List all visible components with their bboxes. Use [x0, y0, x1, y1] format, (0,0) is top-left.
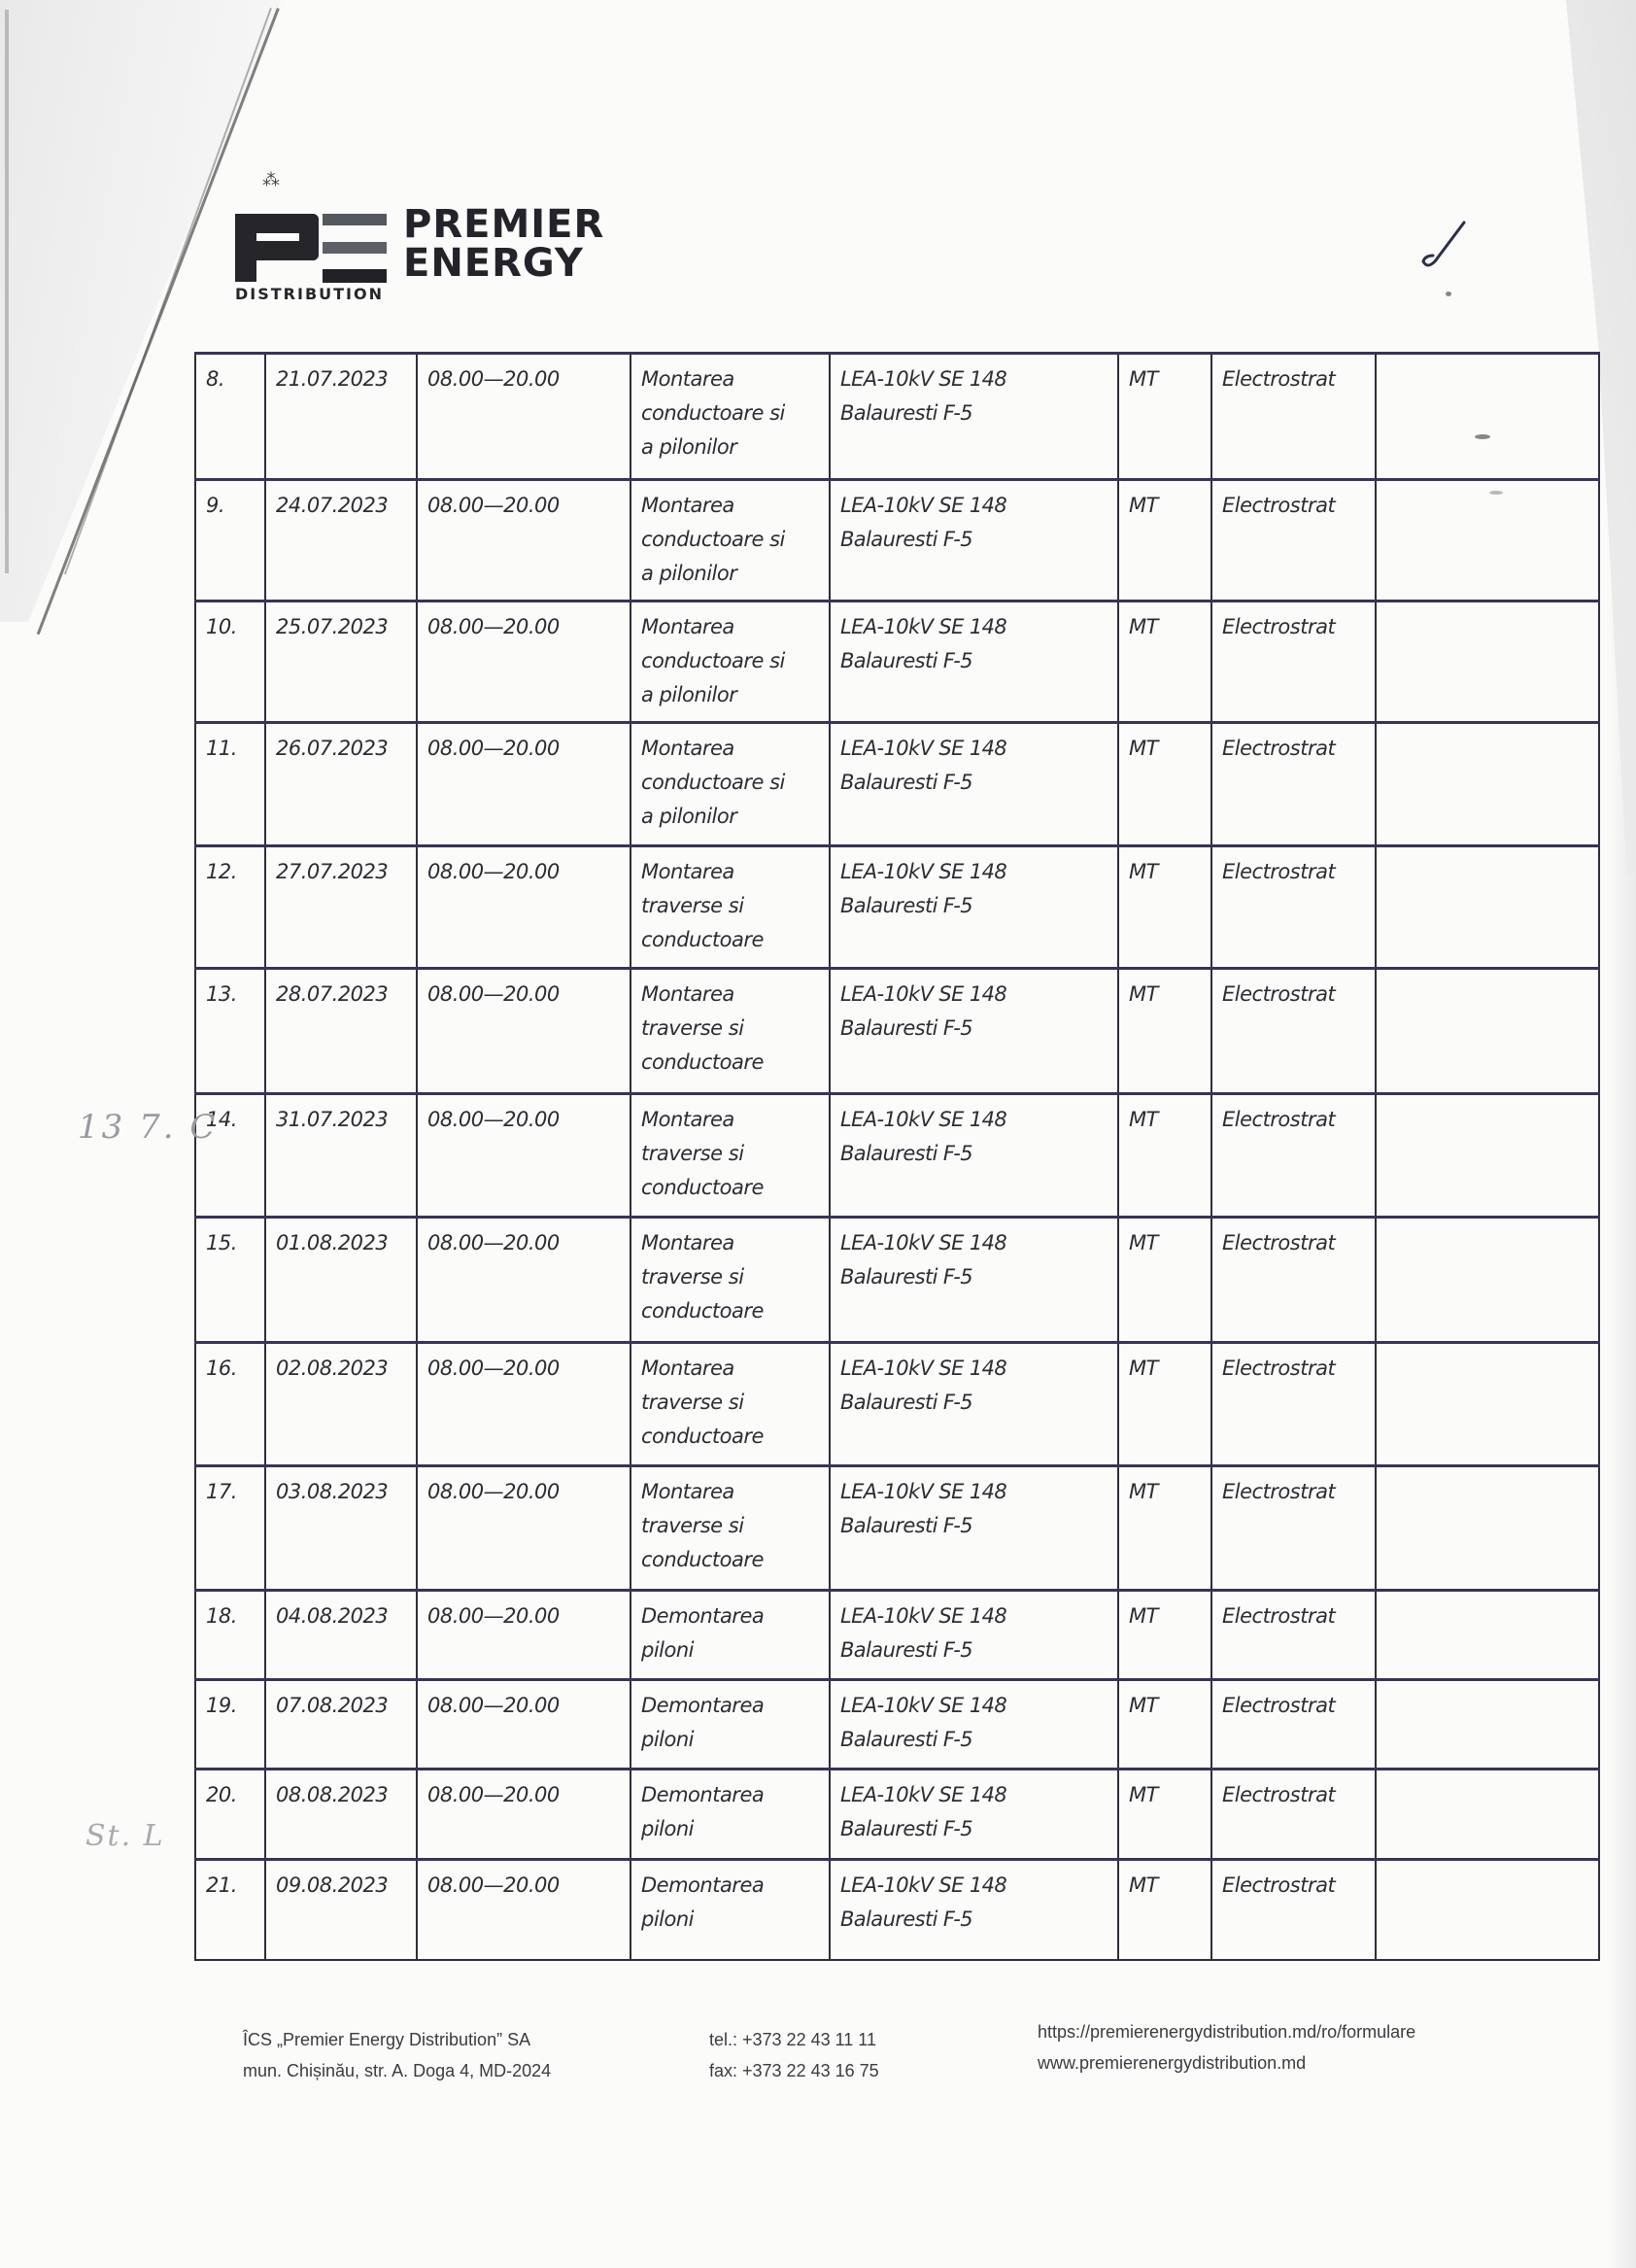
cell-work-description: Montarea conductoare si a pilonilor: [631, 723, 830, 846]
cell-executor: Electrostrat: [1211, 601, 1376, 723]
footer-links-block: https://premierenergydistribution.md/ro/…: [1038, 2016, 1415, 2079]
cell-work-description: Montarea conductoare si a pilonilor: [631, 601, 830, 723]
cell-object: LEA-10kV SE 148 Balauresti F-5: [830, 1860, 1118, 1960]
cell-object: LEA-10kV SE 148 Balauresti F-5: [830, 1770, 1118, 1860]
cell-work-description: Montarea conductoare si a pilonilor: [631, 480, 830, 601]
cell-executor: Electrostrat: [1211, 1094, 1376, 1218]
cell-note: [1376, 1680, 1599, 1770]
cell-number: 21.: [195, 1860, 265, 1960]
cell-number: 10.: [195, 601, 265, 723]
cell-object: LEA-10kV SE 148 Balauresti F-5: [830, 601, 1118, 723]
cell-object: LEA-10kV SE 148 Balauresti F-5: [830, 723, 1118, 846]
cell-time-interval: 08.00—20.00: [417, 1770, 631, 1860]
cell-voltage-type: MT: [1118, 1680, 1211, 1770]
cell-work-description: Montarea traverse si conductoare: [631, 1466, 830, 1591]
cell-executor: Electrostrat: [1211, 723, 1376, 846]
cell-work-description: Demontarea piloni: [631, 1591, 830, 1680]
cell-executor: Electrostrat: [1211, 846, 1376, 969]
handwritten-margin-note: St. L: [85, 1819, 165, 1853]
logo-subtitle: DISTRIBUTION: [235, 285, 384, 303]
company-logo: PREMIER ENERGY DISTRIBUTION: [233, 199, 641, 306]
cell-date: 01.08.2023: [265, 1218, 417, 1343]
table-row: 15. 01.08.2023 08.00—20.00 Montarea trav…: [195, 1218, 1599, 1343]
table-row: 13. 28.07.2023 08.00—20.00 Montarea trav…: [195, 969, 1599, 1094]
table-row: 12. 27.07.2023 08.00—20.00 Montarea trav…: [195, 846, 1599, 969]
cell-number: 11.: [195, 723, 265, 846]
cell-note: [1376, 1094, 1599, 1218]
cell-note: [1376, 1466, 1599, 1591]
cell-voltage-type: MT: [1118, 1466, 1211, 1591]
table-row: 20. 08.08.2023 08.00—20.00 Demontarea pi…: [195, 1770, 1599, 1860]
cell-time-interval: 08.00—20.00: [417, 1680, 631, 1770]
cell-voltage-type: MT: [1118, 601, 1211, 723]
cell-number: 18.: [195, 1591, 265, 1680]
cell-time-interval: 08.00—20.00: [417, 1218, 631, 1343]
cell-date: 24.07.2023: [265, 480, 417, 601]
cell-executor: Electrostrat: [1211, 1591, 1376, 1680]
cell-voltage-type: MT: [1118, 1860, 1211, 1960]
handwritten-check-icon: [1414, 219, 1472, 277]
table-row: 18. 04.08.2023 08.00—20.00 Demontarea pi…: [195, 1591, 1599, 1680]
cell-date: 21.07.2023: [265, 354, 417, 480]
cell-time-interval: 08.00—20.00: [417, 846, 631, 969]
cell-date: 27.07.2023: [265, 846, 417, 969]
cell-voltage-type: MT: [1118, 969, 1211, 1094]
cell-number: 17.: [195, 1466, 265, 1591]
cell-time-interval: 08.00—20.00: [417, 1094, 631, 1218]
footer-forms-link[interactable]: https://premierenergydistribution.md/ro/…: [1038, 2016, 1415, 2047]
cell-note: [1376, 601, 1599, 723]
cell-time-interval: 08.00—20.00: [417, 1466, 631, 1591]
cell-date: 28.07.2023: [265, 969, 417, 1094]
cell-object: LEA-10kV SE 148 Balauresti F-5: [830, 1680, 1118, 1770]
cell-note: [1376, 969, 1599, 1094]
cell-voltage-type: MT: [1118, 1770, 1211, 1860]
cell-executor: Electrostrat: [1211, 969, 1376, 1094]
cell-time-interval: 08.00—20.00: [417, 969, 631, 1094]
footer-address: mun. Chișinău, str. A. Doga 4, MD-2024: [243, 2055, 551, 2086]
cell-date: 03.08.2023: [265, 1466, 417, 1591]
page-edge: [5, 10, 9, 573]
cell-executor: Electrostrat: [1211, 1860, 1376, 1960]
cell-voltage-type: MT: [1118, 1591, 1211, 1680]
cell-executor: Electrostrat: [1211, 1680, 1376, 1770]
cell-number: 13.: [195, 969, 265, 1094]
cell-note: [1376, 1770, 1599, 1860]
cell-object: LEA-10kV SE 148 Balauresti F-5: [830, 846, 1118, 969]
cell-date: 04.08.2023: [265, 1591, 417, 1680]
cell-work-description: Montarea traverse si conductoare: [631, 846, 830, 969]
cell-executor: Electrostrat: [1211, 1218, 1376, 1343]
cell-date: 02.08.2023: [265, 1343, 417, 1466]
cell-work-description: Demontarea piloni: [631, 1860, 830, 1960]
cell-date: 08.08.2023: [265, 1770, 417, 1860]
cell-number: 15.: [195, 1218, 265, 1343]
footer-contact-block: tel.: +373 22 43 11 11 fax: +373 22 43 1…: [709, 2024, 879, 2086]
cell-number: 9.: [195, 480, 265, 601]
cell-work-description: Demontarea piloni: [631, 1680, 830, 1770]
cell-executor: Electrostrat: [1211, 1466, 1376, 1591]
cell-number: 8.: [195, 354, 265, 480]
scan-speck: [1446, 292, 1451, 296]
table-row: 9. 24.07.2023 08.00—20.00 Montarea condu…: [195, 480, 1599, 601]
footer-company-name: ÎCS „Premier Energy Distribution” SA: [243, 2024, 551, 2055]
cell-work-description: Montarea traverse si conductoare: [631, 1094, 830, 1218]
cell-note: [1376, 480, 1599, 601]
cell-time-interval: 08.00—20.00: [417, 354, 631, 480]
cell-number: 16.: [195, 1343, 265, 1466]
cell-object: LEA-10kV SE 148 Balauresti F-5: [830, 354, 1118, 480]
cell-object: LEA-10kV SE 148 Balauresti F-5: [830, 1218, 1118, 1343]
cell-number: 20.: [195, 1770, 265, 1860]
cell-date: 25.07.2023: [265, 601, 417, 723]
footer-website-link[interactable]: www.premierenergydistribution.md: [1038, 2047, 1415, 2079]
cell-number: 12.: [195, 846, 265, 969]
cell-object: LEA-10kV SE 148 Balauresti F-5: [830, 1094, 1118, 1218]
cell-note: [1376, 1218, 1599, 1343]
cell-object: LEA-10kV SE 148 Balauresti F-5: [830, 1591, 1118, 1680]
table-row: 19. 07.08.2023 08.00—20.00 Demontarea pi…: [195, 1680, 1599, 1770]
cell-note: [1376, 1343, 1599, 1466]
cell-voltage-type: MT: [1118, 480, 1211, 601]
cell-note: [1376, 846, 1599, 969]
table-row: 14. 31.07.2023 08.00—20.00 Montarea trav…: [195, 1094, 1599, 1218]
footer-fax: fax: +373 22 43 16 75: [709, 2055, 879, 2086]
cell-executor: Electrostrat: [1211, 480, 1376, 601]
cell-date: 09.08.2023: [265, 1860, 417, 1960]
cell-object: LEA-10kV SE 148 Balauresti F-5: [830, 1466, 1118, 1591]
cell-object: LEA-10kV SE 148 Balauresti F-5: [830, 1343, 1118, 1466]
table-row: 17. 03.08.2023 08.00—20.00 Montarea trav…: [195, 1466, 1599, 1591]
table-row: 21. 09.08.2023 08.00—20.00 Demontarea pi…: [195, 1860, 1599, 1960]
cell-note: [1376, 354, 1599, 480]
logo-speck-icon: ⁂: [262, 170, 274, 189]
logo-e-bars-icon: [323, 214, 387, 282]
cell-work-description: Montarea traverse si conductoare: [631, 1218, 830, 1343]
cell-date: 26.07.2023: [265, 723, 417, 846]
cell-work-description: Montarea traverse si conductoare: [631, 1343, 830, 1466]
cell-voltage-type: MT: [1118, 1218, 1211, 1343]
table-row: 10. 25.07.2023 08.00—20.00 Montarea cond…: [195, 601, 1599, 723]
schedule-table: 8. 21.07.2023 08.00—20.00 Montarea condu…: [194, 352, 1600, 1961]
cell-executor: Electrostrat: [1211, 1343, 1376, 1466]
logo-p-glyph: [235, 214, 323, 282]
logo-brand-line2: ENERGY: [403, 244, 604, 283]
cell-work-description: Montarea conductoare si a pilonilor: [631, 354, 830, 480]
table-row: 11. 26.07.2023 08.00—20.00 Montarea cond…: [195, 723, 1599, 846]
page-edge-right: [1607, 583, 1636, 2268]
cell-executor: Electrostrat: [1211, 354, 1376, 480]
cell-number: 19.: [195, 1680, 265, 1770]
footer-company-block: ÎCS „Premier Energy Distribution” SA mun…: [243, 2024, 551, 2086]
cell-time-interval: 08.00—20.00: [417, 723, 631, 846]
cell-voltage-type: MT: [1118, 1343, 1211, 1466]
cell-time-interval: 08.00—20.00: [417, 1591, 631, 1680]
cell-note: [1376, 1591, 1599, 1680]
cell-note: [1376, 723, 1599, 846]
cell-object: LEA-10kV SE 148 Balauresti F-5: [830, 969, 1118, 1094]
cell-date: 31.07.2023: [265, 1094, 417, 1218]
cell-voltage-type: MT: [1118, 354, 1211, 480]
footer-phone: tel.: +373 22 43 11 11: [709, 2024, 879, 2055]
logo-brand-line1: PREMIER: [403, 205, 604, 244]
cell-note: [1376, 1860, 1599, 1960]
cell-executor: Electrostrat: [1211, 1770, 1376, 1860]
cell-time-interval: 08.00—20.00: [417, 601, 631, 723]
cell-voltage-type: MT: [1118, 723, 1211, 846]
page-footer: ÎCS „Premier Energy Distribution” SA mun…: [243, 2024, 1506, 2092]
cell-voltage-type: MT: [1118, 1094, 1211, 1218]
cell-voltage-type: MT: [1118, 846, 1211, 969]
cell-date: 07.08.2023: [265, 1680, 417, 1770]
table-row: 8. 21.07.2023 08.00—20.00 Montarea condu…: [195, 354, 1599, 480]
cell-work-description: Demontarea piloni: [631, 1770, 830, 1860]
cell-time-interval: 08.00—20.00: [417, 480, 631, 601]
cell-time-interval: 08.00—20.00: [417, 1860, 631, 1960]
cell-object: LEA-10kV SE 148 Balauresti F-5: [830, 480, 1118, 601]
handwritten-margin-note: 13 7. C: [78, 1108, 218, 1147]
logo-wordmark: PREMIER ENERGY: [403, 205, 604, 283]
table-row: 16. 02.08.2023 08.00—20.00 Montarea trav…: [195, 1343, 1599, 1466]
cell-time-interval: 08.00—20.00: [417, 1343, 631, 1466]
cell-work-description: Montarea traverse si conductoare: [631, 969, 830, 1094]
